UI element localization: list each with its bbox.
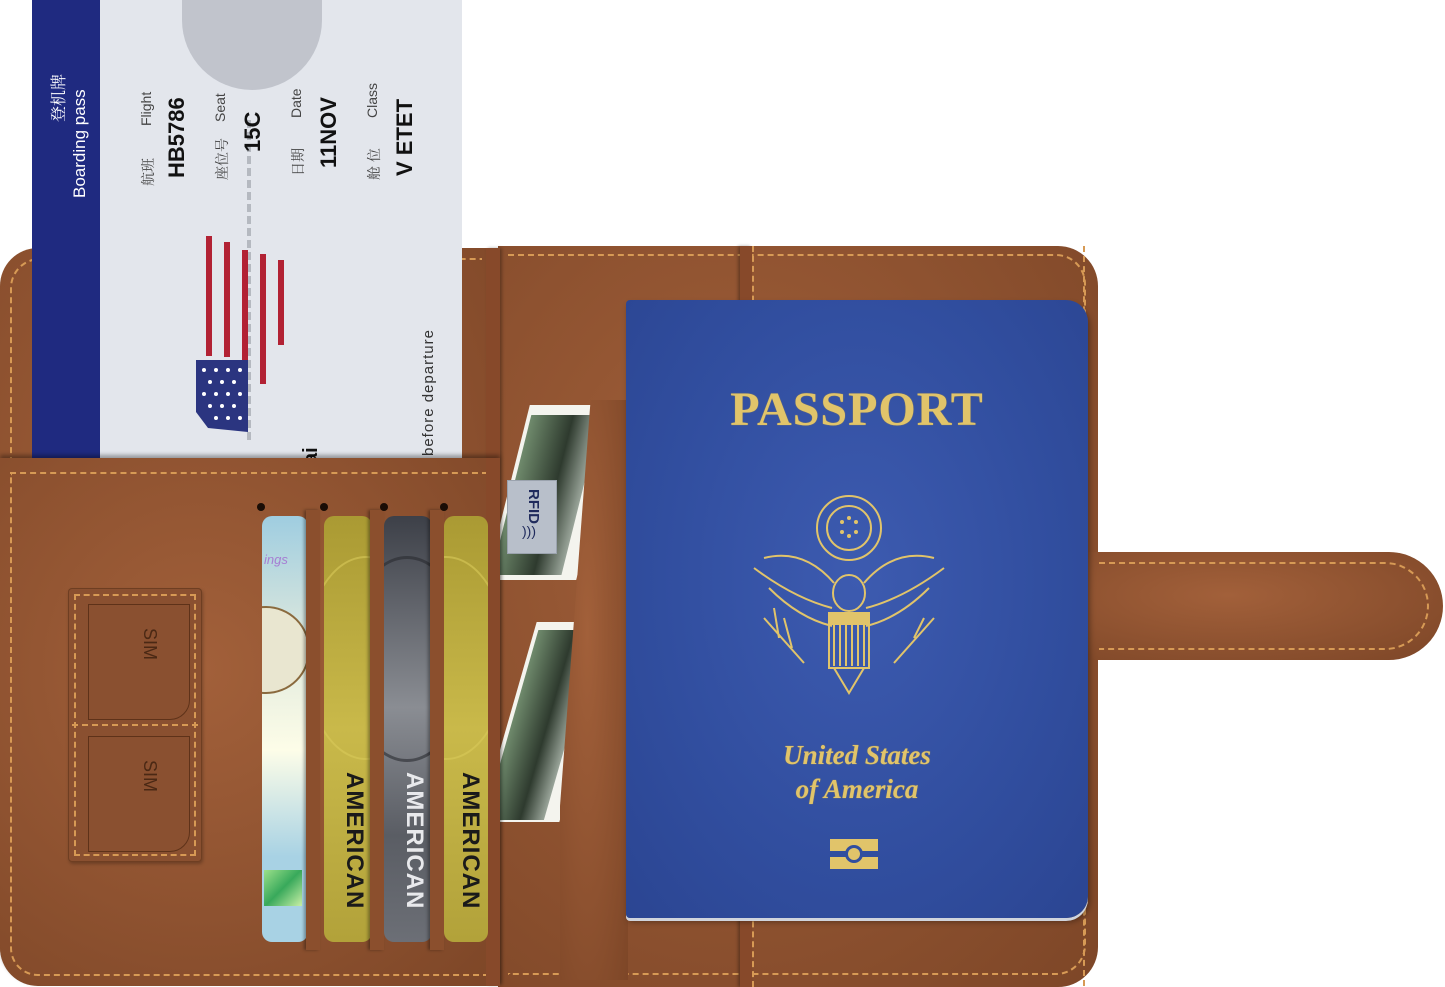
- sim-slot-1[interactable]: [88, 604, 190, 720]
- passport-country-line2: of America: [626, 774, 1088, 805]
- passport-title: PASSPORT: [626, 382, 1088, 437]
- date-value: 11NOV: [316, 97, 342, 168]
- biometric-chip-icon: [829, 838, 879, 870]
- boarding-pass-title-en: Boarding pass: [70, 89, 90, 198]
- flight-label-cn: 航班: [138, 158, 158, 186]
- departure-note: before departure: [420, 329, 437, 456]
- world-map-graphic: [182, 0, 322, 90]
- rfid-tag: RFID ))): [507, 480, 557, 554]
- usa-flag-map-icon: [194, 232, 304, 432]
- passport-booklet[interactable]: PASSPORT United States of America: [626, 300, 1088, 918]
- card-silver-text: AMERICAN: [400, 772, 428, 909]
- date-label-en: Date: [288, 88, 304, 118]
- boarding-pass-title-cn: 登机牌: [46, 74, 69, 122]
- sim-card-tray: SIM SIM: [68, 588, 202, 862]
- seat-value: 15C: [240, 112, 266, 152]
- card-light-blue[interactable]: ings: [262, 516, 308, 942]
- passport-country-line1: United States: [626, 740, 1088, 771]
- card-gold-2[interactable]: AMERICAN: [444, 516, 488, 942]
- card-light-blue-text: ings: [264, 552, 288, 567]
- sim-label-2: SIM: [139, 760, 160, 792]
- flight-label-en: Flight: [138, 92, 154, 126]
- card-silver[interactable]: AMERICAN: [384, 516, 432, 942]
- date-label-cn: 日期: [288, 148, 308, 176]
- class-label-en: Class: [364, 83, 380, 118]
- seat-label-en: Seat: [212, 93, 228, 122]
- class-label-cn: 舱 位: [364, 148, 384, 180]
- rfid-label: RFID: [525, 489, 542, 524]
- great-seal-eagle-icon: [744, 488, 954, 698]
- boarding-pass[interactable]: 登机牌 Boarding pass 航班 Flight HB5786 座位号 S…: [32, 0, 462, 470]
- rfid-icon: ))): [522, 523, 536, 539]
- hologram-icon: [264, 870, 302, 906]
- card-gold-2-text: AMERICAN: [456, 772, 484, 909]
- card-gold-1[interactable]: AMERICAN: [324, 516, 372, 942]
- class-value: V ETET: [392, 99, 418, 176]
- card-gold-1-text: AMERICAN: [340, 772, 368, 909]
- boarding-pass-header-band: 登机牌 Boarding pass: [32, 0, 100, 470]
- flight-value: HB5786: [164, 97, 190, 178]
- seat-label-cn: 座位号: [212, 138, 232, 180]
- sim-label-1: SIM: [139, 628, 160, 660]
- closure-strap[interactable]: [1085, 552, 1443, 660]
- sim-slot-2[interactable]: [88, 736, 190, 852]
